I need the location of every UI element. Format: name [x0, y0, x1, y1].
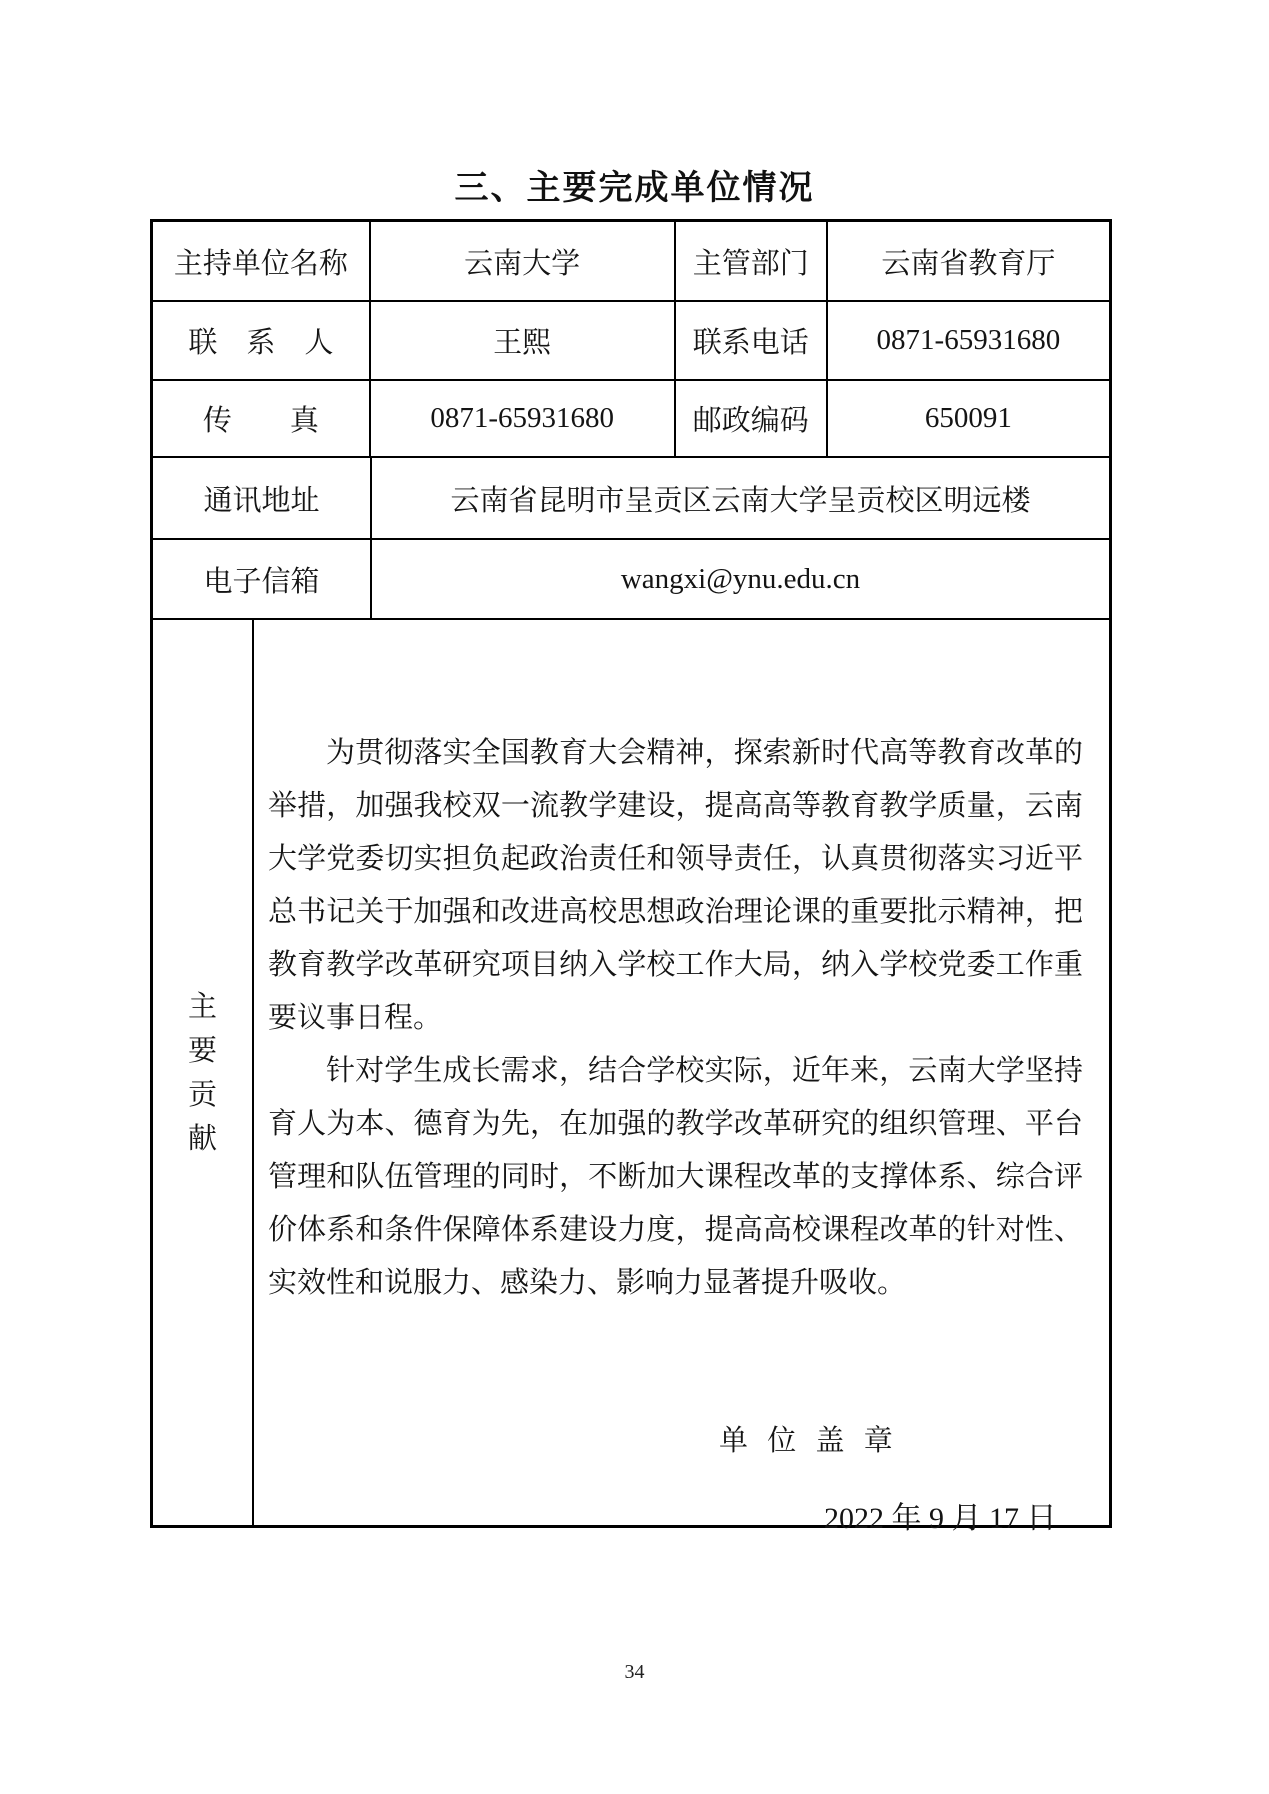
host-unit-label: 主持单位名称 — [153, 222, 369, 300]
dept-label: 主管部门 — [674, 222, 826, 300]
fax-value: 0871-65931680 — [369, 379, 674, 456]
host-unit-value: 云南大学 — [369, 222, 674, 300]
document-page: 三、主要完成单位情况 主持单位名称 云南大学 主管部门 云南省教育厅 联 系 人… — [0, 0, 1269, 1794]
contribution-label-char: 贡 — [188, 1073, 217, 1117]
dept-value: 云南省教育厅 — [826, 222, 1109, 300]
address-label: 通讯地址 — [153, 456, 370, 538]
phone-label: 联系电话 — [674, 300, 826, 379]
contribution-label-vertical: 主 要 贡 献 — [188, 985, 217, 1161]
contribution-paragraph-1: 为贯彻落实全国教育大会精神，探索新时代高等教育改革的举措，加强我校双一流教学建设… — [268, 727, 1083, 1045]
email-label: 电子信箱 — [153, 538, 370, 618]
contribution-text: 为贯彻落实全国教育大会精神，探索新时代高等教育改革的举措，加强我校双一流教学建设… — [254, 620, 1109, 1310]
contribution-paragraph-2: 针对学生成长需求，结合学校实际，近年来，云南大学坚持育人为本、德育为先，在加强的… — [268, 1045, 1083, 1310]
table-row: 通讯地址 云南省昆明市呈贡区云南大学呈贡校区明远楼 — [153, 456, 1109, 538]
postcode-value: 650091 — [826, 379, 1109, 456]
table-row: 传 真 0871-65931680 邮政编码 650091 — [153, 379, 1109, 456]
unit-seal-label: 单 位 盖 章 — [719, 1418, 899, 1459]
address-value: 云南省昆明市呈贡区云南大学呈贡校区明远楼 — [370, 456, 1109, 538]
email-value: wangxi@ynu.edu.cn — [370, 538, 1109, 618]
contribution-label-char: 主 — [188, 985, 217, 1029]
phone-value: 0871-65931680 — [826, 300, 1109, 379]
table-row: 联 系 人 王熙 联系电话 0871-65931680 — [153, 300, 1109, 379]
main-table: 主持单位名称 云南大学 主管部门 云南省教育厅 联 系 人 王熙 联系电话 08… — [150, 219, 1112, 1528]
page-number: 34 — [0, 1661, 1269, 1684]
postcode-label: 邮政编码 — [674, 379, 826, 456]
date-text: 2022 年 9 月 17 日 — [824, 1493, 1057, 1537]
page-title: 三、主要完成单位情况 — [0, 160, 1269, 209]
contact-person-value: 王熙 — [369, 300, 674, 379]
contribution-label-char: 献 — [188, 1117, 217, 1161]
contribution-row: 主 要 贡 献 为贯彻落实全国教育大会精神，探索新时代高等教育改革的举措，加强我… — [153, 618, 1109, 1525]
contact-person-label: 联 系 人 — [153, 300, 369, 379]
contribution-label-char: 要 — [188, 1029, 217, 1073]
table-row: 电子信箱 wangxi@ynu.edu.cn — [153, 538, 1109, 618]
contribution-content: 为贯彻落实全国教育大会精神，探索新时代高等教育改革的举措，加强我校双一流教学建设… — [252, 618, 1109, 1525]
contribution-label: 主 要 贡 献 — [153, 618, 252, 1525]
fax-label: 传 真 — [153, 379, 369, 456]
table-row: 主持单位名称 云南大学 主管部门 云南省教育厅 — [153, 222, 1109, 300]
